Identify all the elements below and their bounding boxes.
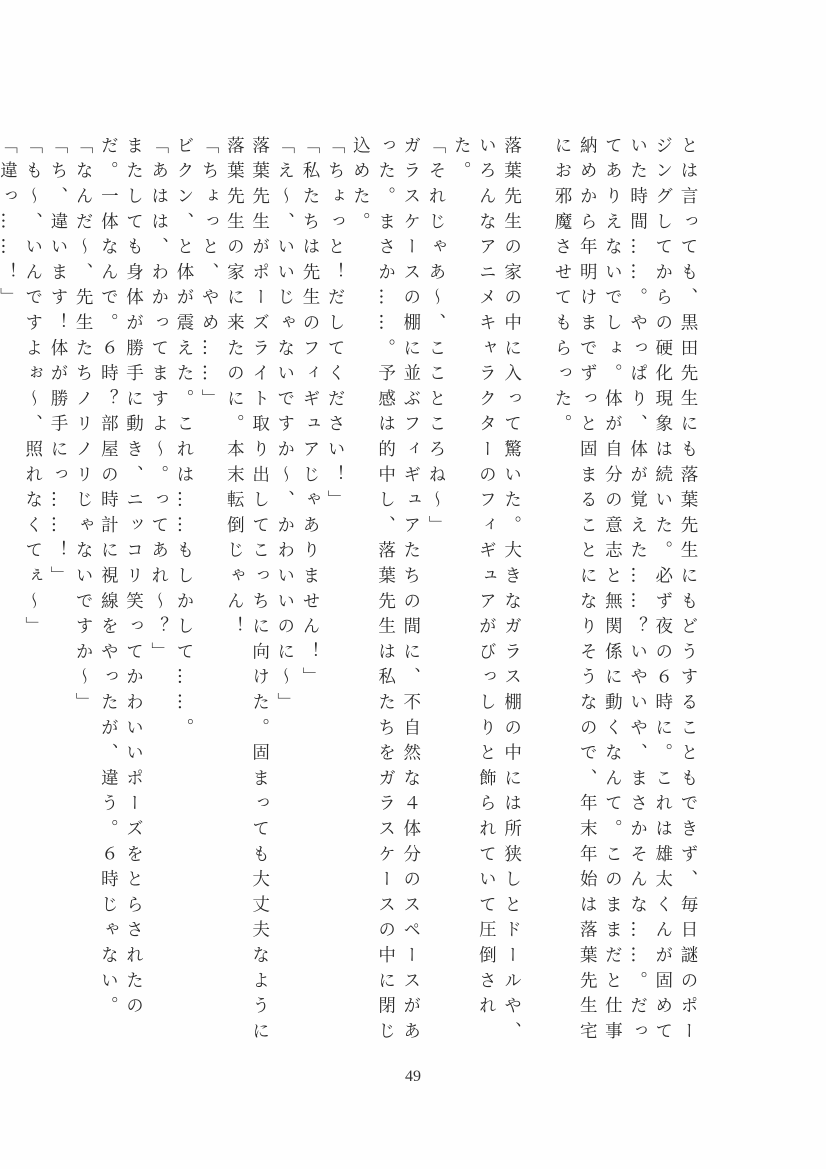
paragraph-6: またしても身体が勝手に動き、ニッコリ笑ってかわいいポーズをとらされたのだ。一体な…	[95, 136, 145, 1066]
dialogue-line: 「ちょっと、やめ……」	[196, 136, 221, 1066]
vertical-text-body: とは言っても、黒田先生にも落葉先生にもどうすることもできず、毎日謎のポージングし…	[0, 136, 700, 1066]
dialogue-line: 「あはは、わかってますよ～。ってあれ～？」	[146, 136, 171, 1066]
document-page: とは言っても、黒田先生にも落葉先生にもどうすることもできず、毎日謎のポージングし…	[0, 0, 826, 1169]
paragraph-2: 落葉先生の家の中に入って驚いた。大きなガラス棚の中には所狭しとドールや、いろんな…	[448, 136, 524, 1066]
paragraph-4: 落葉先生がポーズライト取り出してこっちに向けた。固まっても大丈夫なように落葉先生…	[221, 136, 271, 1066]
dialogue-line: 「え～、いいじゃないですか～、かわいいのに～」	[272, 136, 297, 1066]
dialogue-line: 「ち、違います！体が勝手にっ……！」	[45, 136, 70, 1066]
dialogue-line: 「なんだ～、先生たちノリノリじゃないですか～」	[70, 136, 95, 1066]
paragraph-5: ビクン、と体が震えた。これは……もしかして……。	[171, 136, 196, 1066]
dialogue-line: 「も～、いんですよぉ～、照れなくてぇ～」	[20, 136, 45, 1066]
paragraph-1: とは言っても、黒田先生にも落葉先生にもどうすることもできず、毎日謎のポージングし…	[549, 136, 700, 1066]
page-number: 49	[0, 1068, 826, 1086]
dialogue-line: 「それじゃあ～、ここところね～」	[423, 136, 448, 1066]
dialogue-line: 「私たちは先生のフィギュアじゃありません！」	[297, 136, 322, 1066]
dialogue-line: 「ちょっと！だしてください！」	[322, 136, 347, 1066]
dialogue-line: 「違っ……！」	[0, 136, 20, 1066]
paragraph-3: ガラスケースの棚に並ぶフィギュアたちの間に、不自然な４体分のスペースがあった。ま…	[347, 136, 423, 1066]
blank-line	[524, 136, 549, 1066]
